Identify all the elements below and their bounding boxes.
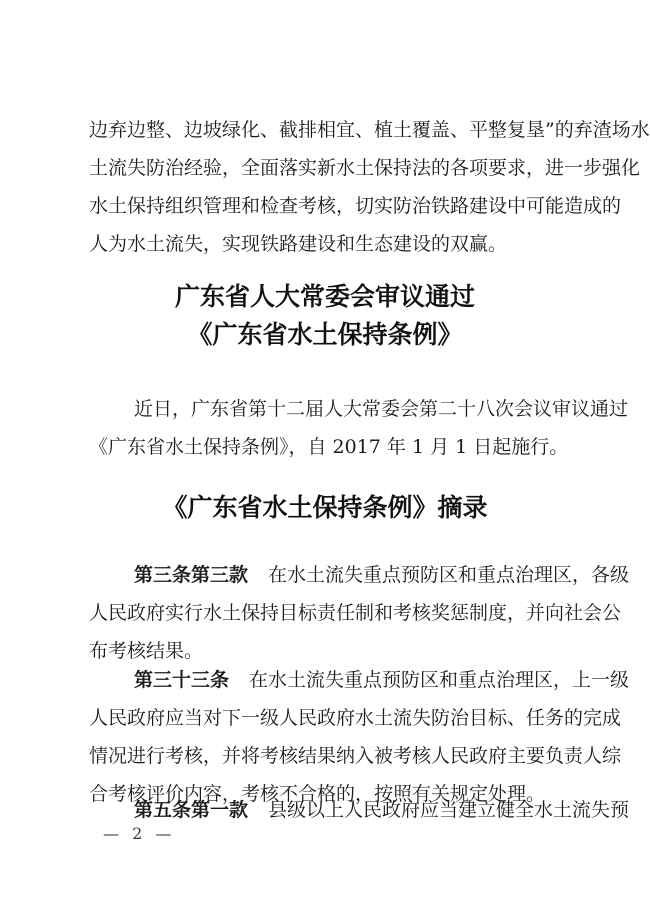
article-text: 在水土流失重点预防区和重点治理区，各级	[268, 564, 629, 586]
article-33-line-2: 人民政府应当对下一级人民政府水土流失防治目标、任务的完成	[89, 706, 569, 730]
article-5-1-line-1: 第五条第一款县级以上人民政府应当建立健全水土流失预	[89, 798, 569, 822]
article-3-3-line-3: 布考核结果。	[89, 639, 569, 663]
article-33-line-3: 情况进行考核，并将考核结果纳入被考核人民政府主要负责人综	[89, 744, 569, 768]
intro-line-2: 土流失防治经验，全面落实新水土保持法的各项要求，进一步强化	[89, 156, 569, 180]
article-label: 第三十三条	[134, 669, 229, 691]
article-3-3-line-2: 人民政府实行水土保持目标责任制和考核奖惩制度，并向社会公	[89, 601, 569, 625]
news-heading-line-1: 广东省人大常委会审议通过	[0, 282, 650, 312]
news-heading-line-2: 《广东省水土保持条例》	[0, 320, 650, 350]
news-line-1: 近日，广东省第十二届人大常委会第二十八次会议审议通过	[89, 397, 569, 421]
document-page: 边弃边整、边坡绿化、截排相宜、植土覆盖、平整复垦”的弃渣场水 土流失防治经验，全…	[0, 0, 650, 920]
article-text: 在水土流失重点预防区和重点治理区，上一级	[249, 669, 629, 691]
intro-line-3: 水土保持组织管理和检查考核，切实防治铁路建设中可能造成的	[89, 194, 569, 218]
article-label: 第五条第一款	[134, 799, 248, 821]
intro-line-4: 人为水土流失，实现铁路建设和生态建设的双赢。	[89, 232, 569, 256]
article-3-3-line-1: 第三条第三款在水土流失重点预防区和重点治理区，各级	[89, 563, 569, 587]
article-label: 第三条第三款	[134, 564, 248, 586]
news-line-2: 《广东省水土保持条例》，自 2017 年 1 月 1 日起施行。	[89, 435, 569, 459]
excerpt-heading: 《广东省水土保持条例》摘录	[0, 493, 650, 523]
article-33-line-1: 第三十三条在水土流失重点预防区和重点治理区，上一级	[89, 668, 569, 692]
intro-line-1: 边弃边整、边坡绿化、截排相宜、植土覆盖、平整复垦”的弃渣场水	[89, 118, 569, 142]
page-number: — 2 —	[103, 824, 175, 844]
article-text: 县级以上人民政府应当建立健全水土流失预	[268, 799, 629, 821]
